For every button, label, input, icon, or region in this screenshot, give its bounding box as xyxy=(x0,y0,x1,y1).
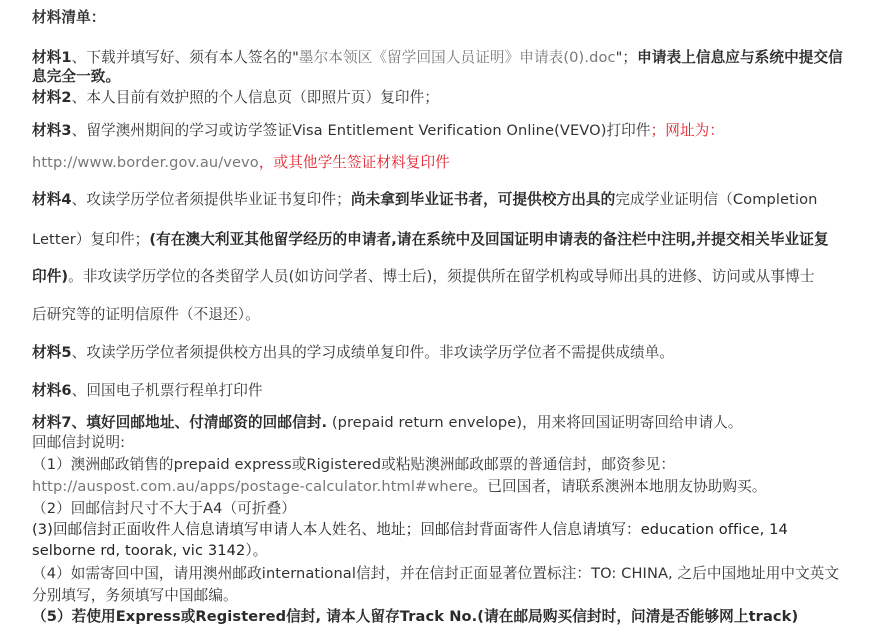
envelope-heading: 回邮信封说明: xyxy=(32,433,125,453)
material-text: 、本人目前有效护照的个人信息页（即照片页）复印件； xyxy=(72,89,439,106)
material-label: 材料2 xyxy=(32,89,72,106)
envelope-item-3-cont: selborne rd, toorak, vic 3142）。 xyxy=(32,541,267,561)
envelope-item-5: （5）若使用Express或Registered信封, 请本人留存Track N… xyxy=(32,607,798,627)
material-text: 、回国电子机票行程单打印件 xyxy=(72,382,263,399)
material-4-line4: 后研究等的证明信原件（不退还）。 xyxy=(32,305,260,325)
material-1: 材料1、下载并填写好、须有本人签名的"墨尔本领区《留学回国人员证明》申请表(0)… xyxy=(32,48,843,68)
material-text: 、攻读学历学位者须提供校方出具的学习成绩单复印件。非攻读学历学位者不需提供成绩单… xyxy=(72,344,674,361)
material-label: 材料6 xyxy=(32,382,72,399)
material-3: 材料3、留学澳州期间的学习或访学签证Visa Entitlement Verif… xyxy=(32,121,724,141)
material-5: 材料5、攻读学历学位者须提供校方出具的学习成绩单复印件。非攻读学历学位者不需提供… xyxy=(32,343,674,363)
material-note: 印件) xyxy=(32,268,68,285)
auspost-link[interactable]: http://auspost.com.au/apps/postage-calcu… xyxy=(32,478,473,495)
envelope-item-3: (3)回邮信封正面收件人信息请填写申请人本人姓名、地址；回邮信封背面寄件人信息请… xyxy=(32,520,788,540)
page-title: 材料清单： xyxy=(32,8,105,28)
material-note: 申请表上信息应与系统中提交信 xyxy=(637,49,843,66)
envelope-item-4-cont: 分别填写，务须填写中国邮编。 xyxy=(32,586,238,606)
material-3-cont: http://www.border.gov.au/vevo，或其他学生签证材料复… xyxy=(32,153,450,173)
material-text: 、留学澳州期间的学习或访学签证Visa Entitlement Verifica… xyxy=(72,122,651,139)
envelope-note: Express或Registered信封, 请本人留存Track No.(请在邮… xyxy=(116,608,798,625)
material-note: 、填好回邮地址、付清邮资的回邮信封. xyxy=(72,414,327,431)
material-text: 、攻读学历学位者须提供毕业证书复印件； xyxy=(72,191,351,208)
material-label: 材料1 xyxy=(32,49,72,66)
material-1-cont: 息完全一致。 xyxy=(32,67,120,87)
material-note: (有在澳大利亚其他留学经历的申请者,请在系统中及回国证明申请表的备注栏中注明,并… xyxy=(149,231,828,248)
envelope-item-2: （2）回邮信封尺寸不大于A4（可折叠） xyxy=(32,499,296,519)
red-note: ，或其他学生签证材料复印件 xyxy=(259,154,450,171)
material-4-line3: 印件)。非攻读学历学位的各类留学人员(如访问学者、博士后)，须提供所在留学机构或… xyxy=(32,267,814,287)
material-label: 材料4 xyxy=(32,191,72,208)
vevo-link[interactable]: http://www.border.gov.au/vevo xyxy=(32,154,259,171)
material-label: 材料5 xyxy=(32,344,72,361)
material-label: 材料7 xyxy=(32,414,72,431)
material-4: 材料4、攻读学历学位者须提供毕业证书复印件；尚未拿到毕业证书者，可提供校方出具的… xyxy=(32,190,817,210)
material-text: 、下载并填写好、须有本人签名的" xyxy=(72,49,299,66)
material-text: 。非攻读学历学位的各类留学人员(如访问学者、博士后)，须提供所在留学机构或导师出… xyxy=(68,268,814,285)
material-note: 尚未拿到毕业证书者，可提供校方出具的 xyxy=(351,191,616,208)
material-label: 材料3 xyxy=(32,122,72,139)
material-7: 材料7、填好回邮地址、付清邮资的回邮信封. (prepaid return en… xyxy=(32,413,743,433)
material-text: "； xyxy=(616,49,638,66)
material-4-line2: Letter）复印件；(有在澳大利亚其他留学经历的申请者,请在系统中及回国证明申… xyxy=(32,230,829,250)
material-text: (prepaid return envelope)，用来将回国证明寄回给申请人。 xyxy=(327,414,742,431)
red-note: ；网址为： xyxy=(651,122,724,139)
envelope-text: （5）若使用 xyxy=(32,608,116,625)
material-text: Letter）复印件； xyxy=(32,231,149,248)
material-6: 材料6、回国电子机票行程单打印件 xyxy=(32,381,263,401)
envelope-item-1-cont: http://auspost.com.au/apps/postage-calcu… xyxy=(32,477,767,497)
material-text: 完成学业证明信（Completion xyxy=(615,191,817,208)
material-2: 材料2、本人目前有效护照的个人信息页（即照片页）复印件； xyxy=(32,88,439,108)
envelope-item-1: （1）澳洲邮政销售的prepaid express或Rigistered或粘贴澳… xyxy=(32,455,675,475)
form-filename: 墨尔本领区《留学回国人员证明》申请表(0).doc xyxy=(299,49,616,66)
envelope-text: 。已回国者，请联系澳洲本地朋友协助购买。 xyxy=(473,478,767,495)
envelope-item-4: （4）如需寄回中国，请用澳州邮政international信封，并在信封正面显著… xyxy=(32,564,839,584)
